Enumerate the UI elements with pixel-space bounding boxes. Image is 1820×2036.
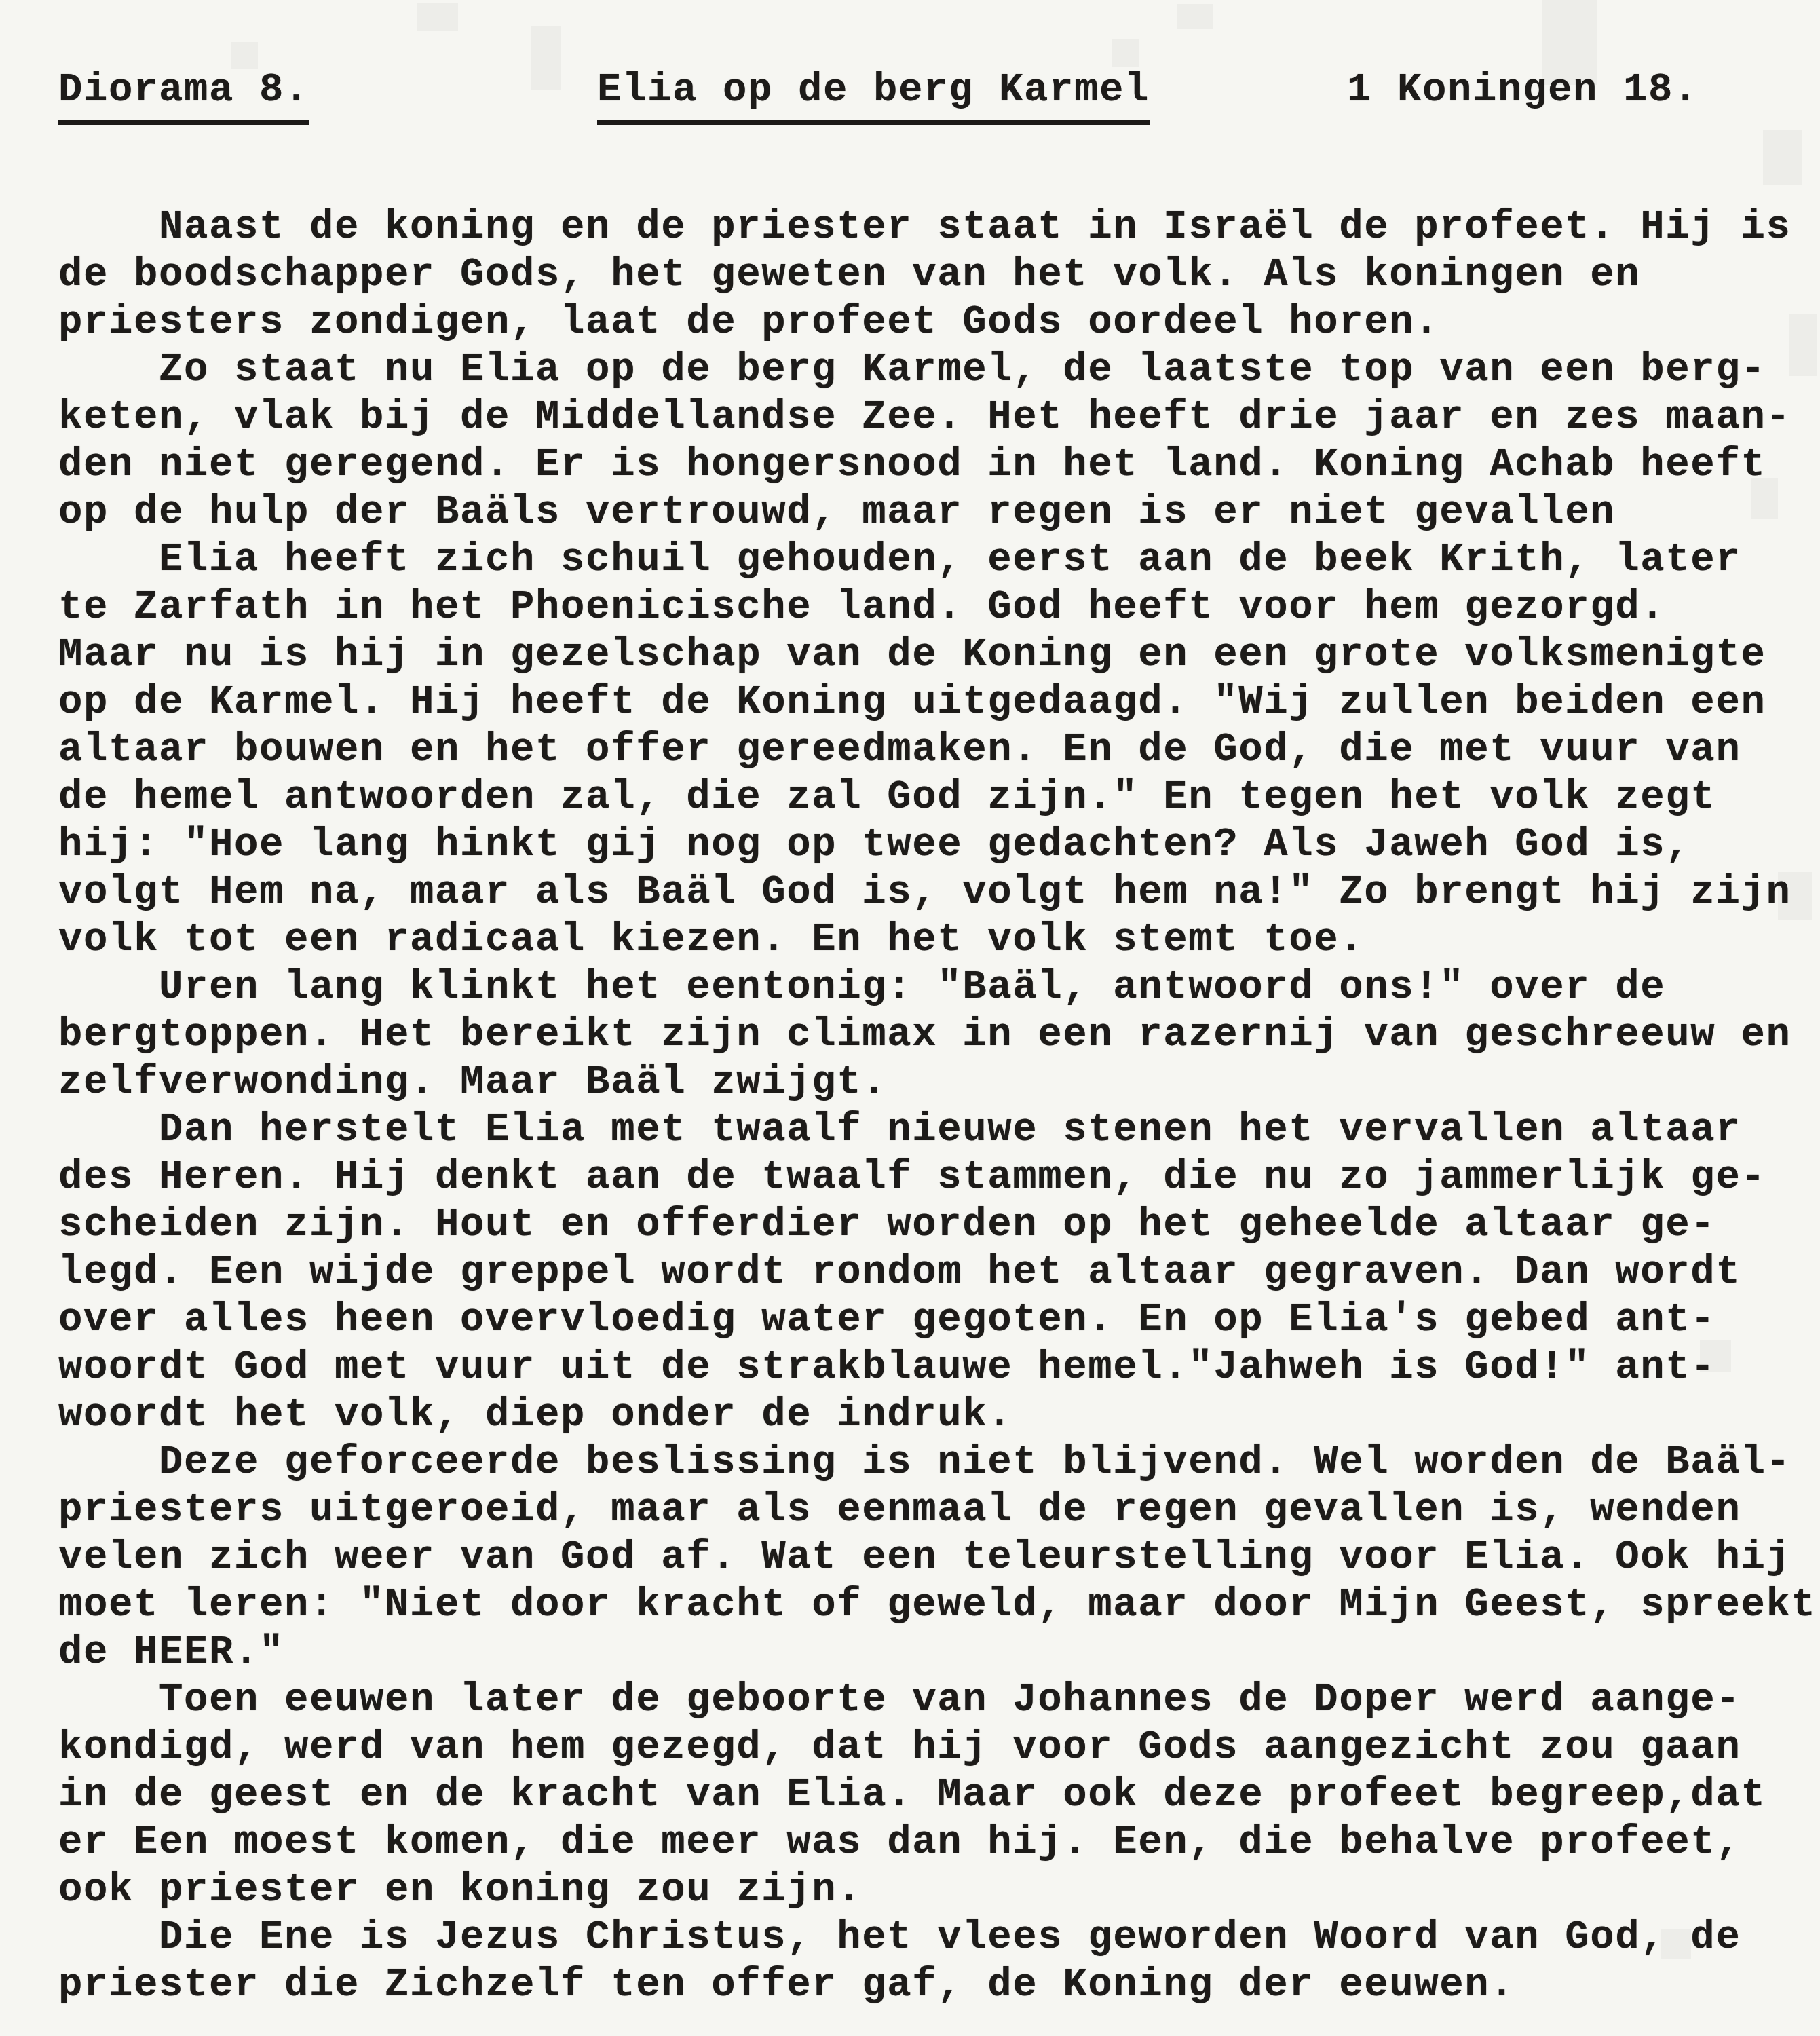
text-line: woordt het volk, diep onder de indruk. — [58, 1391, 1816, 1439]
document-page: Diorama 8. Elia op de berg Karmel 1 Koni… — [0, 0, 1820, 2036]
text-line: te Zarfath in het Phoenicische land. God… — [58, 584, 1816, 631]
text-line: woordt God met vuur uit de strakblauwe h… — [58, 1344, 1816, 1391]
text-line: zelfverwonding. Maar Baäl zwijgt. — [58, 1059, 1816, 1106]
text-line: scheiden zijn. Hout en offerdier worden … — [58, 1201, 1816, 1249]
text-line: Die Ene is Jezus Christus, het vlees gew… — [58, 1914, 1816, 1961]
scan-artifact — [1112, 39, 1139, 67]
text-line: op de Karmel. Hij heeft de Koning uitged… — [58, 679, 1816, 726]
document-title: Elia op de berg Karmel — [597, 67, 1150, 125]
text-line: ook priester en koning zou zijn. — [58, 1866, 1816, 1914]
diorama-number: Diorama 8. — [58, 67, 309, 125]
text-line: Maar nu is hij in gezelschap van de Koni… — [58, 631, 1816, 679]
text-line: volk tot een radicaal kiezen. En het vol… — [58, 916, 1816, 964]
text-line: Dan herstelt Elia met twaalf nieuwe sten… — [58, 1106, 1816, 1154]
text-line: priesters uitgeroeid, maar als eenmaal d… — [58, 1486, 1816, 1534]
text-line: de boodschapper Gods, het geweten van he… — [58, 251, 1816, 299]
text-line: Naast de koning en de priester staat in … — [58, 204, 1816, 251]
text-line: keten, vlak bij de Middellandse Zee. Het… — [58, 394, 1816, 441]
text-line: den niet geregend. Er is hongersnood in … — [58, 441, 1816, 489]
scan-artifact — [417, 3, 458, 31]
text-line: legd. Een wijde greppel wordt rondom het… — [58, 1249, 1816, 1296]
text-line: velen zich weer van God af. Wat een tele… — [58, 1534, 1816, 1581]
text-line: hij: "Hoe lang hinkt gij nog op twee ged… — [58, 821, 1816, 869]
text-line: Elia heeft zich schuil gehouden, eerst a… — [58, 536, 1816, 584]
text-line: Uren lang klinkt het eentonig: "Baäl, an… — [58, 964, 1816, 1011]
scan-artifact — [1177, 4, 1213, 29]
text-line: de hemel antwoorden zal, die zal God zij… — [58, 774, 1816, 821]
document-body: Naast de koning en de priester staat in … — [58, 204, 1816, 2009]
text-line: de HEER." — [58, 1629, 1816, 1676]
text-line: Toen eeuwen later de geboorte van Johann… — [58, 1676, 1816, 1724]
scan-artifact — [231, 42, 258, 69]
text-line: Deze geforceerde beslissing is niet blij… — [58, 1439, 1816, 1486]
text-line: des Heren. Hij denkt aan de twaalf stamm… — [58, 1154, 1816, 1201]
text-line: priester die Zichzelf ten offer gaf, de … — [58, 1961, 1816, 2009]
text-line: over alles heen overvloedig water gegote… — [58, 1296, 1816, 1344]
text-line: in de geest en de kracht van Elia. Maar … — [58, 1771, 1816, 1819]
text-line: priesters zondigen, laat de profeet Gods… — [58, 299, 1816, 346]
text-line: altaar bouwen en het offer gereedmaken. … — [58, 726, 1816, 774]
text-line: Zo staat nu Elia op de berg Karmel, de l… — [58, 346, 1816, 394]
scripture-reference: 1 Koningen 18. — [1347, 67, 1699, 114]
scan-artifact — [531, 26, 561, 90]
text-line: kondigd, werd van hem gezegd, dat hij vo… — [58, 1724, 1816, 1771]
text-line: bergtoppen. Het bereikt zijn climax in e… — [58, 1011, 1816, 1059]
text-line: er Een moest komen, die meer was dan hij… — [58, 1819, 1816, 1866]
text-line: volgt Hem na, maar als Baäl God is, volg… — [58, 869, 1816, 916]
scan-artifact — [1763, 130, 1802, 185]
text-line: op de hulp der Baäls vertrouwd, maar reg… — [58, 489, 1816, 536]
text-line: moet leren: "Niet door kracht of geweld,… — [58, 1581, 1816, 1629]
